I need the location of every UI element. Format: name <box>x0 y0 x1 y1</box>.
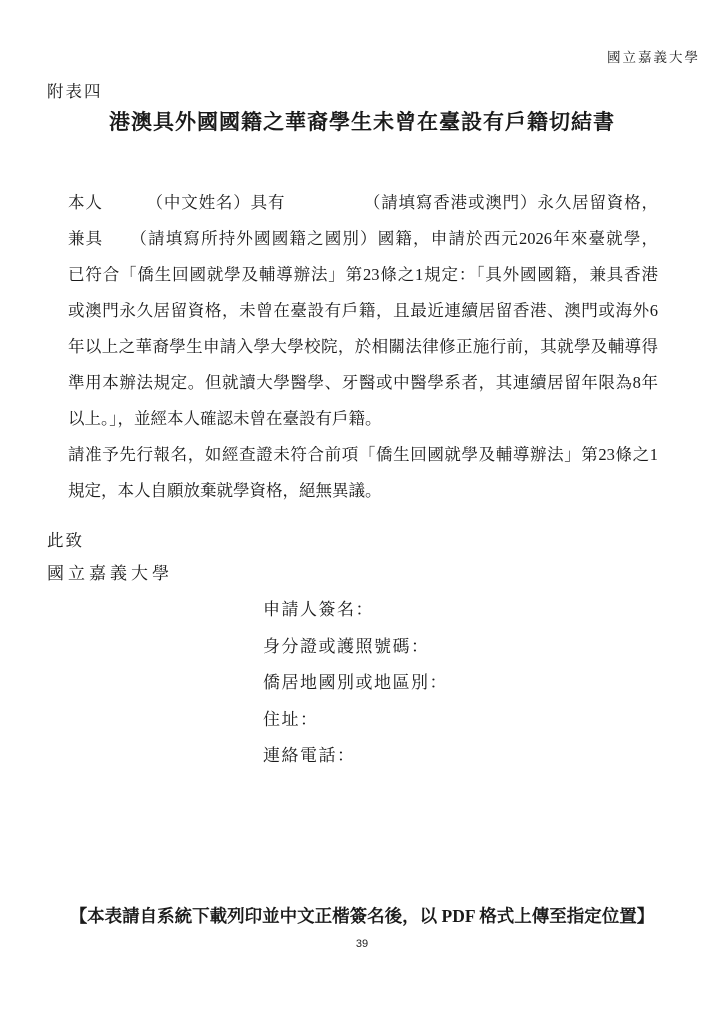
body-line: 年以上之華裔學生申請入學大學校院，於相關法律修正施行前，其就學及輔導得 <box>68 329 658 365</box>
signature-field-label: 僑居地國別或地區別： <box>263 665 448 702</box>
page-number: 39 <box>0 938 724 950</box>
body-line: 或澳門永久居留資格，未曾在臺設有戶籍，且最近連續居留香港、澳門或海外6 <box>68 293 658 329</box>
body-line: 以上。」，並經本人確認未曾在臺設有戶籍。 <box>68 401 658 437</box>
body-line: 本人 （中文姓名）具有 （請填寫香港或澳門）永久居留資格， <box>68 185 658 221</box>
signature-block: 申請人簽名： 身分證或護照號碼： 僑居地國別或地區別： 住址： 連絡電話： <box>263 592 448 775</box>
body-line: 規定，本人自願放棄就學資格，絕無異議。 <box>68 473 658 509</box>
signature-field-label: 連絡電話： <box>263 738 448 775</box>
appendix-label: 附表四 <box>47 78 103 102</box>
footer-instruction: 【本表請自系統下載列印並中文正楷簽名後，以 PDF 格式上傳至指定位置】 <box>0 903 724 928</box>
salutation: 此致 <box>47 527 84 551</box>
document-title: 港澳具外國國籍之華裔學生未曾在臺設有戶籍切結書 <box>0 106 724 136</box>
signature-field-label: 住址： <box>263 702 448 739</box>
body-line: 請准予先行報名，如經查證未符合前項「僑生回國就學及輔導辦法」第23條之1 <box>68 437 658 473</box>
university-header: 國立嘉義大學 <box>607 46 700 66</box>
body-line: 兼具 （請填寫所持外國國籍之國別）國籍，申請於西元2026年來臺就學， <box>68 221 658 257</box>
addressee-university: 國立嘉義大學 <box>47 559 173 584</box>
signature-field-label: 身分證或護照號碼： <box>263 629 448 666</box>
body-line: 準用本辦法規定。但就讀大學醫學、牙醫或中醫學系者，其連續居留年限為8年 <box>68 365 658 401</box>
body-line: 已符合「僑生回國就學及輔導辦法」第23條之1規定：「具外國國籍，兼具香港 <box>68 257 658 293</box>
document-page: 國立嘉義大學 附表四 港澳具外國國籍之華裔學生未曾在臺設有戶籍切結書 本人 （中… <box>0 0 724 1024</box>
signature-field-label: 申請人簽名： <box>263 592 448 629</box>
affidavit-body: 本人 （中文姓名）具有 （請填寫香港或澳門）永久居留資格， 兼具 （請填寫所持外… <box>68 185 658 509</box>
